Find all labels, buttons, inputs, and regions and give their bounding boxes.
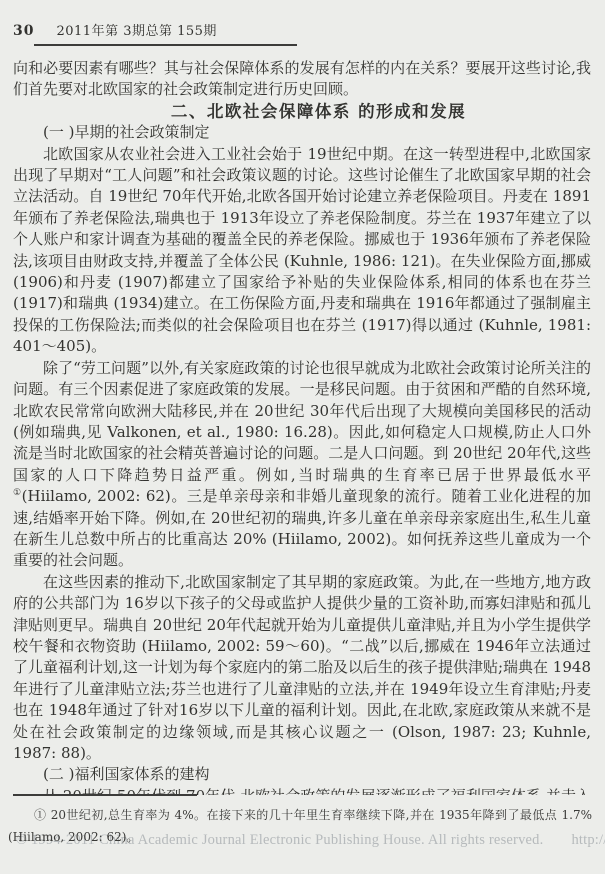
paragraph-family-policy: 除了“劳工问题”以外,有关家庭政策的讨论也很早就成为北欧社会政策讨论所关注的问题… (13, 358, 591, 572)
issue-info: 2011年第 3期总第 155期 (56, 20, 216, 39)
page-number: 30 (13, 23, 34, 39)
continued-paragraph: 向和必要因素有哪些？其与社会保障体系的发展有怎样的内在关系？要展开这些讨论,我们… (13, 58, 591, 101)
footnote-reference: ① (13, 488, 22, 498)
section-heading: 二、北欧社会保障体系 的形成和发展 (13, 101, 591, 122)
page-header: 30 2011年第 3期总第 155期 (0, 0, 605, 39)
header-rule (34, 44, 297, 46)
article-body: 向和必要因素有哪些？其与社会保障体系的发展有怎样的内在关系？要展开这些讨论,我们… (13, 58, 591, 795)
footnote-area: ① 20世纪初,总生育率为 4%。在接下来的几十年里生育率继续下降,并在 193… (13, 794, 592, 848)
paragraph-family-policy-text-cont: (Hiilamo, 2002: 62)。三是单亲母亲和非婚儿童现象的流行。随着工… (13, 487, 591, 569)
subsection-1-heading: (一 )早期的社会政策制定 (13, 122, 591, 143)
paragraph-family-programs: 在这些因素的推动下,北欧国家制定了其早期的家庭政策。为此,在一些地方,地方政府的… (13, 572, 591, 765)
paragraph-family-policy-text: 除了“劳工问题”以外,有关家庭政策的讨论也很早就成为北欧社会政策讨论所关注的问题… (13, 359, 591, 484)
subsection-2-heading: (二 )福利国家体系的建构 (13, 764, 591, 785)
paragraph-early-policy: 北欧国家从农业社会进入工业社会始于 19世纪中期。在这一转型进程中,北欧国家出现… (13, 144, 591, 358)
journal-page: 30 2011年第 3期总第 155期 向和必要因素有哪些？其与社会保障体系的发… (0, 0, 605, 874)
footnote: ① 20世纪初,总生育率为 4%。在接下来的几十年里生育率继续下降,并在 193… (8, 804, 592, 848)
footnote-separator (13, 794, 197, 796)
